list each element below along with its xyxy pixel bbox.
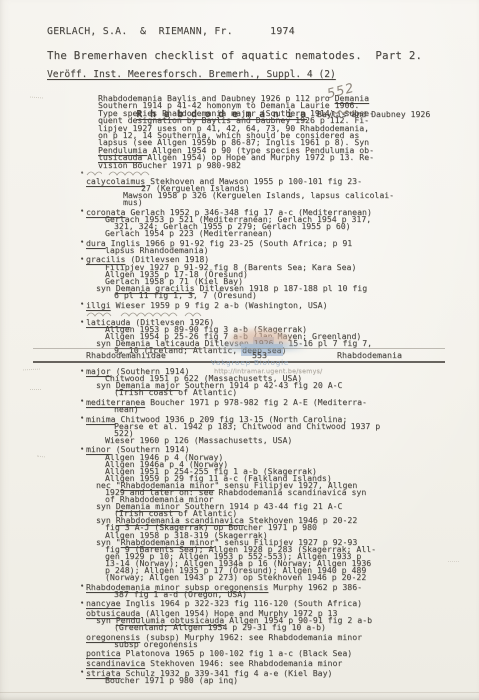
scan-bottom-edge bbox=[0, 692, 479, 693]
text-line: pontica Platonova 1965 p 100-102 fig 1 a… bbox=[86, 650, 380, 657]
pencil-mark bbox=[448, 561, 459, 562]
pencil-mark bbox=[37, 456, 45, 458]
watermark-vakgroep-biologie: Vakgroep Biologie bbox=[175, 358, 325, 367]
text-line: 6 pl 11 fig 1, 3, 7 (Öresund) bbox=[86, 292, 394, 299]
text-line: (Greenland; Allgen 1954 p 29-31 fig 10 a… bbox=[86, 624, 380, 631]
bullet-icon: • bbox=[80, 446, 84, 453]
text-line: Boucher 1971 p 980 (ap inq) bbox=[86, 677, 380, 684]
journal-line: Veröff. Inst. Meeresforsch. Bremerh., Su… bbox=[47, 69, 422, 80]
bullet-icon: • bbox=[80, 208, 84, 215]
bullet-icon: • bbox=[80, 319, 84, 326]
text-line: nean) bbox=[86, 406, 380, 413]
text-line: Wieser 1960 p 126 (Massachusetts, USA) bbox=[86, 437, 380, 444]
bullet-icon: • bbox=[80, 256, 84, 263]
species-entries-page2: http://intramar.ugent.be/semys/ •major (… bbox=[86, 368, 380, 684]
pencil-mark bbox=[30, 389, 41, 390]
bullet-icon: • bbox=[80, 301, 84, 308]
text-line: •illgi Wieser 1959 p 9 fig 2 a-b (Washin… bbox=[86, 302, 394, 309]
footer-family-name: Rhabdodemaniidae bbox=[86, 350, 166, 360]
species-entries-page1: •calycolaimus Stekhoven and Mawson 1955 … bbox=[86, 170, 394, 355]
citation-header: GERLACH, S.A. & RIEMANN, Fr. 1974 The Br… bbox=[47, 26, 422, 80]
author-year-line: GERLACH, S.A. & RIEMANN, Fr. 1974 bbox=[47, 26, 422, 37]
title-line: The Bremerhaven checklist of aquatic nem… bbox=[47, 49, 422, 62]
text-line: mus) bbox=[86, 199, 394, 206]
text-line: vision Boucher 1971 p 980-982 bbox=[98, 162, 374, 169]
bullet-icon: • bbox=[80, 170, 84, 177]
text-line: lapsus Rhandodemania) bbox=[86, 247, 394, 254]
bullet-icon: • bbox=[80, 583, 84, 590]
text-line: (Irish coast of Atlantic) bbox=[86, 389, 380, 396]
bullet-icon: • bbox=[80, 398, 84, 405]
text-line: (Norway; Allgen 1943 p 273) op Stekhoven… bbox=[86, 574, 380, 581]
bullet-icon: • bbox=[80, 669, 84, 676]
text-line: 387 fig 1 a-d (Oregon, USA) bbox=[86, 591, 380, 598]
genus-synonymy-paragraph: Rhabdodemania Baylis and Daubney 1926 p … bbox=[98, 95, 374, 169]
text-line: Gerlach 1954 p 223 (Mediterranean) bbox=[86, 230, 394, 237]
scan-page: GERLACH, S.A. & RIEMANN, Fr. 1974 The Br… bbox=[0, 0, 479, 700]
bullet-icon: • bbox=[80, 368, 84, 375]
text-line: •nancyae Inglis 1964 p 322-323 fig 116-1… bbox=[86, 600, 380, 607]
footer-rule-thin bbox=[33, 348, 445, 349]
text-line: subsp oregonensis bbox=[86, 641, 380, 648]
pencil-mark bbox=[30, 97, 43, 99]
bullet-icon: • bbox=[80, 600, 84, 607]
bullet-icon: • bbox=[80, 239, 84, 246]
bullet-icon: • bbox=[80, 415, 84, 422]
footer-genus-name: Rhabdodemania bbox=[337, 350, 402, 360]
text-line: scandinavica Stekhoven 1946: see Rhabdod… bbox=[86, 660, 380, 667]
